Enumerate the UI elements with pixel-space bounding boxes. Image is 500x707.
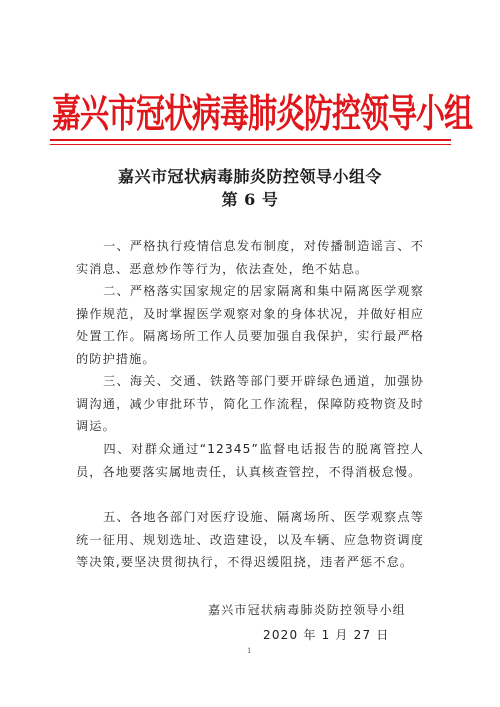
paragraph-2: 二、严格落实国家规定的居家隔离和集中隔离医学观察操作规范，及时掌握医学观察对象的…	[76, 280, 424, 370]
letterhead-title: 嘉兴市冠状病毒肺炎防控领导小组	[52, 84, 452, 139]
paragraph-1: 一、严格执行疫情信息发布制度，对传播制造谣言、不实消息、恶意炒作等行为，依法查处…	[76, 235, 424, 280]
letterhead-rule-thin	[50, 144, 451, 145]
signature-issuer: 嘉兴市冠状病毒肺炎防控领导小组	[208, 601, 406, 618]
paragraph-text: 五、各地各部门对医疗设施、隔离场所、医学观察点等统一征用、规划选址、改造建设，以…	[76, 510, 424, 569]
paragraph-text: 一、严格执行疫情信息发布制度，对传播制造谣言、不实消息、恶意炒作等行为，依法查处…	[76, 239, 424, 276]
paragraph-3: 三、海关、交通、铁路等部门要开辟绿色通道，加强协调沟通，减少审批环节，简化工作流…	[76, 370, 424, 438]
paragraph-4: 四、对群众通过“12345”监督电话报告的脱离管控人员，各地要落实属地责任，认真…	[76, 438, 424, 483]
document-number: 第 6 号	[0, 187, 500, 210]
document-title: 嘉兴市冠状病毒肺炎防控领导小组令	[0, 164, 500, 187]
letterhead-rule-thick	[50, 139, 451, 141]
paragraph-5: 五、各地各部门对医疗设施、隔离场所、医学观察点等统一征用、规划选址、改造建设，以…	[76, 506, 424, 574]
page-number: 1	[247, 647, 251, 655]
signature-date: 2020 年 1 月 27 日	[263, 626, 390, 643]
paragraph-text: 四、对群众通过“12345”监督电话报告的脱离管控人员，各地要落实属地责任，认真…	[76, 442, 424, 479]
paragraph-text: 三、海关、交通、铁路等部门要开辟绿色通道，加强协调沟通，减少审批环节，简化工作流…	[76, 374, 424, 433]
paragraph-text: 二、严格落实国家规定的居家隔离和集中隔离医学观察操作规范，及时掌握医学观察对象的…	[76, 284, 424, 366]
